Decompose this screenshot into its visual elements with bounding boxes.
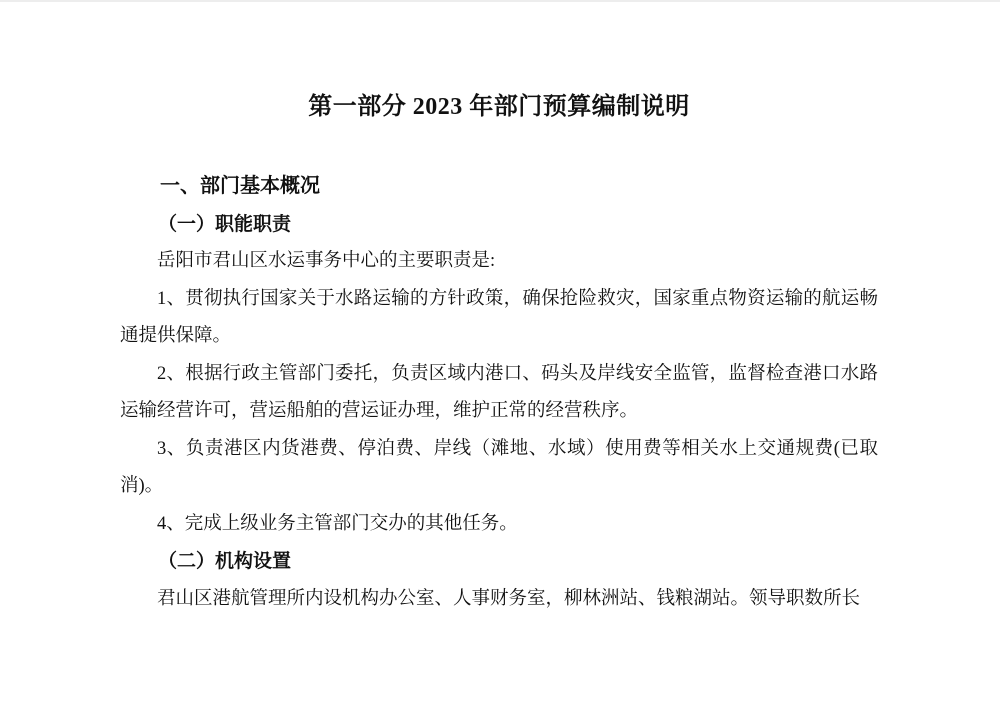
organization-paragraph: 君山区港航管理所内设机构办公室、人事财务室，柳林洲站、钱粮湖站。领导职数所长 xyxy=(120,581,878,619)
duty-item-1: 1、贯彻执行国家关于水路运输的方针政策，确保抢险救灾，国家重点物资运输的航运畅通… xyxy=(120,281,878,356)
document-body: 一、部门基本概况 （一）职能职责 岳阳市君山区水运事务中心的主要职责是: 1、贯… xyxy=(120,168,878,618)
duty-item-2: 2、根据行政主管部门委托，负责区域内港口、码头及岸线安全监管，监督检查港口水路运… xyxy=(120,356,878,431)
duties-intro-paragraph: 岳阳市君山区水运事务中心的主要职责是: xyxy=(120,243,878,281)
duty-item-4: 4、完成上级业务主管部门交办的其他任务。 xyxy=(120,506,878,544)
document-page: 第一部分 2023 年部门预算编制说明 一、部门基本概况 （一）职能职责 岳阳市… xyxy=(0,0,1000,706)
section-heading-overview: 一、部门基本概况 xyxy=(120,168,878,206)
duty-item-3: 3、负责港区内货港费、停泊费、岸线（滩地、水域）使用费等相关水上交通规费(已取消… xyxy=(120,431,878,506)
subsection-heading-duties: （一）职能职责 xyxy=(120,206,878,244)
document-title: 第一部分 2023 年部门预算编制说明 xyxy=(120,92,878,122)
subsection-heading-organization: （二）机构设置 xyxy=(120,543,878,581)
